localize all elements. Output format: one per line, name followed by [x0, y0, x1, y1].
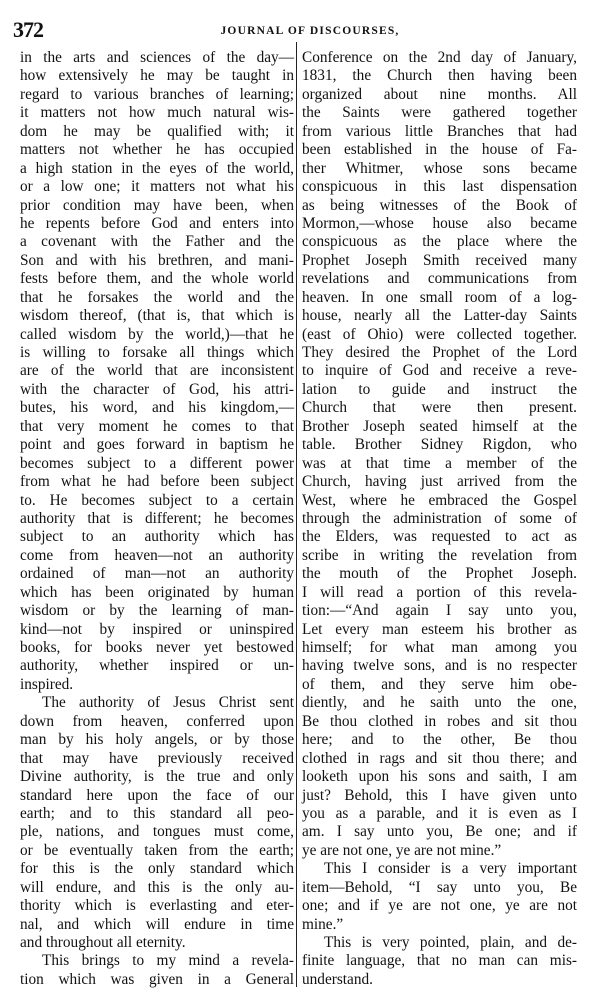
text-line: This is very pointed, plain, and de- [302, 934, 577, 952]
text-line: authority, whether inspired or un- [20, 657, 294, 675]
text-line: will endure, and this is the only au- [20, 879, 294, 897]
text-line: kind—not by inspired or uninspired [20, 621, 294, 639]
text-line: with the character of God, his attri- [20, 381, 294, 399]
text-line: Mormon,—whose house also became [302, 215, 577, 233]
text-line: the mouth of the Prophet Joseph. [302, 565, 577, 583]
text-line: for this is the only standard which [20, 860, 294, 878]
text-line: to inquire of God and receive a reve- [302, 362, 577, 380]
text-line: item—Behold, “I say unto you, Be [302, 879, 577, 897]
text-line: dom he may be qualified with; it [20, 123, 294, 141]
text-line: ple, nations, and tongues must come, [20, 823, 294, 841]
text-line: looketh upon his sons and saith, I am [302, 768, 577, 786]
text-line: This brings to my mind a revela- [20, 952, 294, 970]
text-line: here; and to the other, Be thou [302, 731, 577, 749]
text-line: or a low one; it matters not what his [20, 178, 294, 196]
text-line: 1831, the Church then having been [302, 67, 577, 85]
text-line: conspicuous in this last dispensation [302, 178, 577, 196]
text-line: in the arts and sciences of the day— [20, 49, 294, 67]
text-line: which has been originated by human [20, 584, 294, 602]
text-line: thority which is everlasting and eter- [20, 897, 294, 915]
text-line: come from heaven—not an authority [20, 547, 294, 565]
text-line: is willing to forsake all things which [20, 344, 294, 362]
column-divider [296, 42, 297, 987]
text-line: one; and if ye are not one, ye are not [302, 897, 577, 915]
text-line: himself; for what man among you [302, 639, 577, 657]
text-line: down from heaven, conferred upon [20, 713, 294, 731]
text-line: Divine authority, is the true and only [20, 768, 294, 786]
text-line: Brother Joseph seated himself at the [302, 418, 577, 436]
text-line: table. Brother Sidney Rigdon, who [302, 436, 577, 454]
running-title: JOURNAL OF DISCOURSES, [0, 24, 600, 38]
text-line: matters not whether he has occupied [20, 141, 294, 159]
text-line: was at that time a member of the [302, 455, 577, 473]
text-line: that he forsakes the world and the [20, 289, 294, 307]
text-line: fests before them, and the whole world [20, 270, 294, 288]
text-line: becomes subject to a different power [20, 455, 294, 473]
text-line: and throughout all eternity. [20, 934, 294, 952]
text-line: that very moment he comes to that [20, 418, 294, 436]
text-line: as being witnesses of the Book of [302, 197, 577, 215]
text-line: Church, having just arrived from the [302, 473, 577, 491]
text-line: The authority of Jesus Christ sent [20, 694, 294, 712]
text-line: ordained of man—not an authority [20, 565, 294, 583]
text-line: ye are not one, ye are not mine.” [302, 842, 577, 860]
text-line: through the administration of some of [302, 510, 577, 528]
text-line: that may have previously received [20, 750, 294, 768]
text-line: Conference on the 2nd day of January, [302, 49, 577, 67]
text-line: point and goes forward in baptism he [20, 436, 294, 454]
text-line: Church that were then present. [302, 399, 577, 417]
text-line: you as a parable, and it is even as I [302, 805, 577, 823]
text-line: a covenant with the Father and the [20, 233, 294, 251]
text-line: West, where he embraced the Gospel [302, 492, 577, 510]
text-line: been established in the house of Fa- [302, 141, 577, 159]
text-line: Prophet Joseph Smith received many [302, 252, 577, 270]
text-line: clothed in rags and sit thou there; and [302, 750, 577, 768]
text-line: diently, and he saith unto the one, [302, 694, 577, 712]
text-line: heaven. In one small room of a log- [302, 289, 577, 307]
text-line: earth; and to this standard all peo- [20, 805, 294, 823]
text-line: nal, and which will endure in time [20, 916, 294, 934]
text-line: tion which was given in a General [20, 971, 294, 989]
text-line: a high station in the eyes of the world, [20, 160, 294, 178]
text-line: (east of Ohio) were collected together. [302, 326, 577, 344]
text-line: finite language, that no man can mis- [302, 952, 577, 970]
text-line: or be eventually taken from the earth; [20, 842, 294, 860]
text-line: lation to guide and instruct the [302, 381, 577, 399]
text-line: wisdom or by the learning of man- [20, 602, 294, 620]
text-line: authority that is different; he becomes [20, 510, 294, 528]
text-line: from what he had before been subject [20, 473, 294, 491]
text-line: standard here upon the face of our [20, 787, 294, 805]
text-line: of them, and they serve him obe- [302, 676, 577, 694]
text-line: This I consider is a very important [302, 860, 577, 878]
text-line: books, for books never yet bestowed [20, 639, 294, 657]
text-line: butes, his word, and his kingdom,— [20, 399, 294, 417]
text-line: mine.” [302, 916, 577, 934]
text-line: the Saints were gathered together [302, 104, 577, 122]
text-line: Let every man esteem his brother as [302, 621, 577, 639]
text-line: house, nearly all the Latter-day Saints [302, 307, 577, 325]
text-line: Be thou clothed in robes and sit thou [302, 713, 577, 731]
text-line: man by his holy angels, or by those [20, 731, 294, 749]
text-line: how extensively he may be taught in [20, 67, 294, 85]
text-line: just? Behold, this I have given unto [302, 787, 577, 805]
text-line: scribe in writing the revelation from [302, 547, 577, 565]
text-line: are of the world that are inconsistent [20, 362, 294, 380]
text-line: it matters not how much natural wis- [20, 104, 294, 122]
text-line: from various little Branches that had [302, 123, 577, 141]
text-line: called wisdom by the world,)—that he [20, 326, 294, 344]
text-line: Son and with his brethren, and mani- [20, 252, 294, 270]
text-line: inspired. [20, 676, 294, 694]
text-line: revelations and communications from [302, 270, 577, 288]
text-line: understand. [302, 971, 577, 989]
text-line: prior condition may have been, when [20, 197, 294, 215]
text-line: They desired the Prophet of the Lord [302, 344, 577, 362]
left-column: in the arts and sciences of the day—how … [20, 49, 294, 989]
text-line: subject to an authority which has [20, 528, 294, 546]
text-line: having twelve sons, and is no respecter [302, 657, 577, 675]
text-line: wisdom thereof, (that is, that which is [20, 307, 294, 325]
text-line: to. He becomes subject to a certain [20, 492, 294, 510]
text-line: the Elders, was requested to act as [302, 528, 577, 546]
text-line: regard to various branches of learning; [20, 86, 294, 104]
text-line: he repents before God and enters into [20, 215, 294, 233]
text-line: am. I say unto you, Be one; and if [302, 823, 577, 841]
text-line: ther Whitmer, whose sons became [302, 160, 577, 178]
text-line: organized about nine months. All [302, 86, 577, 104]
text-line: tion:—“And again I say unto you, [302, 602, 577, 620]
text-line: I will read a portion of this revela- [302, 584, 577, 602]
right-column: Conference on the 2nd day of January,183… [302, 49, 577, 989]
page-header: 372 JOURNAL OF DISCOURSES, [0, 18, 600, 42]
text-line: conspicuous as the place where the [302, 233, 577, 251]
